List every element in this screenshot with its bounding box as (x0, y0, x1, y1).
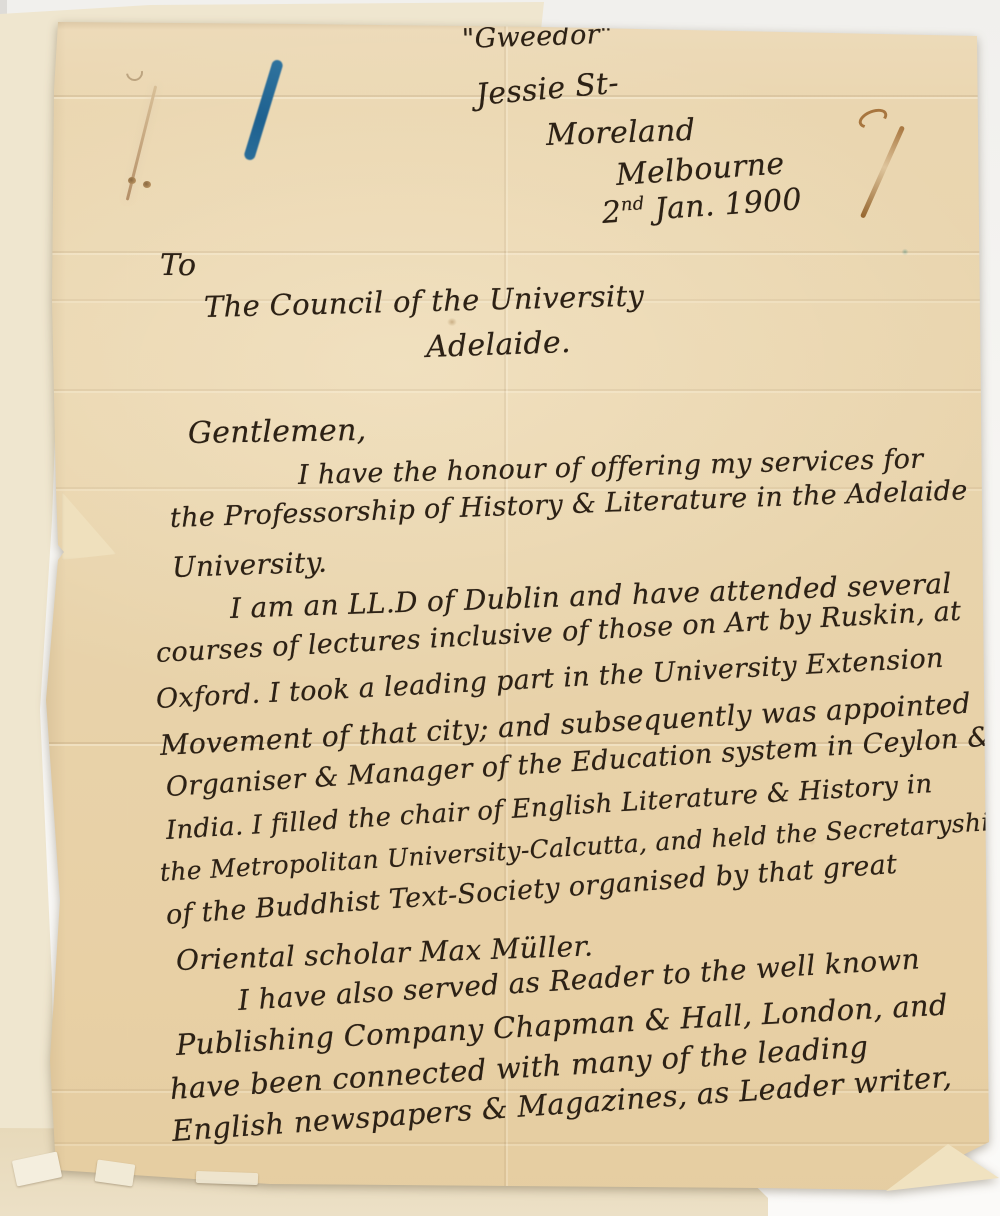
rust-pin-mark-head (856, 105, 890, 132)
body-line: University. (171, 546, 327, 584)
salutation: Gentlemen, (188, 413, 367, 451)
pin-scratch-curl (123, 61, 147, 85)
rust-pin-mark (860, 125, 905, 218)
left-edge-fold (60, 490, 118, 562)
crease-line (0, 389, 1000, 393)
blue-pencil-page-mark (243, 59, 284, 162)
body-line: the Professorship of History & Literatur… (169, 475, 968, 534)
tape-fragment (196, 1171, 258, 1185)
recipient-city: Adelaide. (425, 325, 571, 365)
pin-hole (128, 177, 136, 184)
pin-hole (143, 181, 151, 188)
letterhead-suburb: Moreland (545, 113, 695, 153)
page-edge-shading (40, 0, 66, 1216)
letterhead-house-name: "Gweedor" (461, 19, 613, 55)
scanned-letter: "Gweedor" Jessie St- Moreland Melbourne … (0, 0, 1000, 1216)
date-ordinal: nd (620, 193, 645, 216)
crease-line (0, 251, 1000, 255)
recipient-to: To (160, 248, 196, 283)
recipient-council: The Council of the University (204, 278, 645, 324)
letter-page-wrapper: "Gweedor" Jessie St- Moreland Melbourne … (0, 0, 1000, 1216)
letterhead-street: Jessie St- (474, 66, 620, 113)
crease-line (0, 1142, 1000, 1146)
letter-page: "Gweedor" Jessie St- Moreland Melbourne … (0, 0, 1000, 1216)
